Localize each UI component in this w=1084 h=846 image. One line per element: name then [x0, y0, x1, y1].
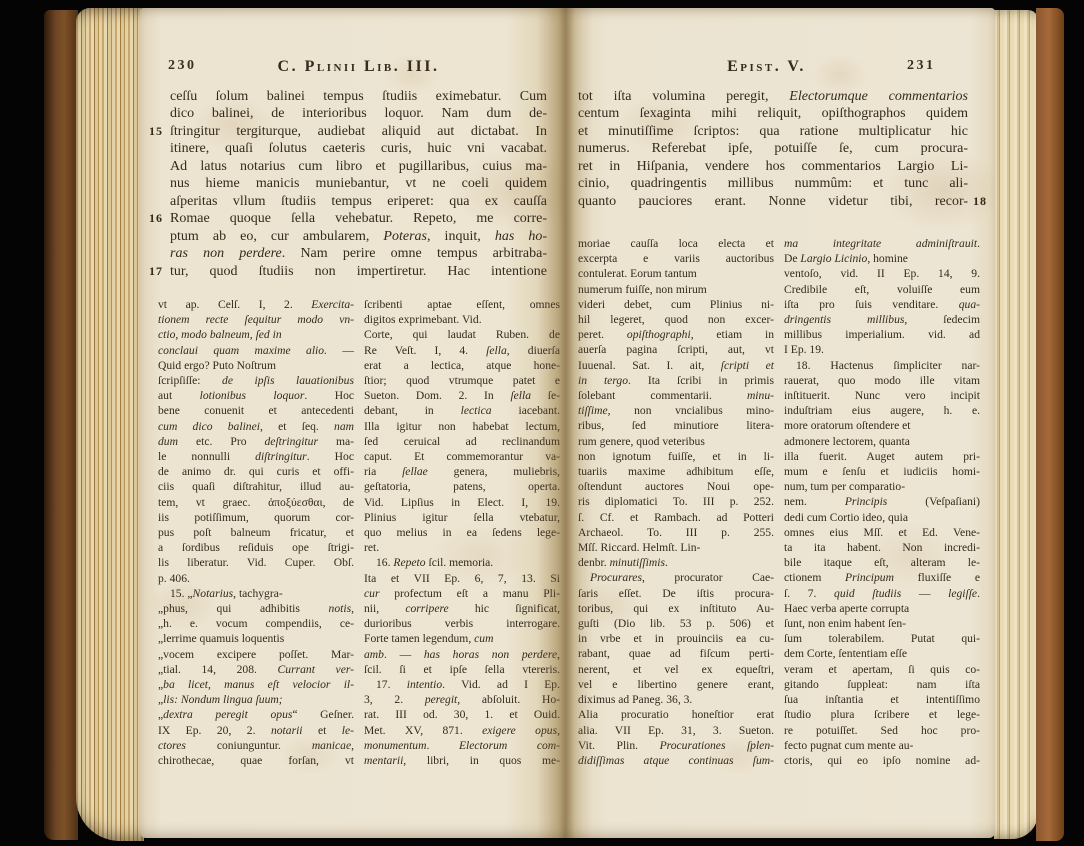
right-page-header: Epist. V. 231	[565, 58, 995, 80]
text-line: lis liberatur. Vid. Cuper. Obſ.	[158, 555, 354, 570]
line-text: geſtatoria, patens, operta.	[364, 480, 560, 493]
text-line: pus poſt balneum fricatur, et	[158, 525, 354, 540]
line-text: dico balinei, de interioribus loquor. Na…	[170, 106, 547, 121]
text-line: „h. e. vocum compendiis, ce-	[158, 616, 354, 631]
line-text: Illa igitur non habebat lectum,	[364, 420, 560, 433]
text-line: erat a lectica, atque hone-	[364, 358, 560, 373]
line-text: ciis quaſi diſtrahitur, illud au-	[158, 480, 354, 493]
text-line: ptum ab eo, cur ambularem, Poteras, inqu…	[170, 228, 547, 245]
left-page-header: 230 C. Plinii Lib. III.	[140, 58, 565, 80]
text-line: p. 406.	[158, 571, 354, 586]
text-line: millibus imperialium. vid. ad	[784, 327, 980, 342]
line-text: conclaui quam maxime alio. —	[158, 344, 354, 357]
text-line: dringentis millibus, ſedecim	[784, 312, 980, 327]
text-line: ſ. 7. quid ſtudiis — legiſſe.	[784, 586, 980, 601]
text-line: omnes eius Mſſ. et Ed. Vene-	[784, 525, 980, 540]
text-line: peret. opiſthographi, etiam in	[578, 327, 774, 342]
text-line: gitando ſuppleat: nam iſta	[784, 677, 980, 692]
text-line: 17tur, quod ſtudiis non impertiretur. Ha…	[170, 263, 547, 280]
line-text: ctores coniunguntur. manicae,	[158, 739, 354, 752]
text-line: Ita et VII Ep. 6, 7, 13. Si	[364, 571, 560, 586]
text-line: amb. — has horas non perdere,	[364, 647, 560, 662]
line-text: quanto pauciores erant. Nonne videtur ti…	[578, 194, 968, 209]
text-line: ret in Hiſpania, vendere hos commentario…	[578, 158, 968, 175]
text-line: ras non perdere. Nam perire omne tempus …	[170, 245, 547, 262]
text-line: hil legeret, quod non excer-	[578, 312, 774, 327]
line-text: illa fuerit. Auget autem pri-	[784, 450, 980, 463]
text-line: ſunt, non enim habent ſen-	[784, 616, 980, 631]
line-text: ctio, modo balneum, ſed in	[158, 328, 282, 341]
line-text: ctoris, qui eo ipſo nomine ad-	[784, 754, 980, 767]
footnotes: moriae cauſſa loca electa etexcerpta e v…	[578, 236, 982, 768]
line-text: ſtudio plura ſcribere et lege-	[784, 708, 980, 721]
text-line: geſtatoria, patens, operta.	[364, 479, 560, 494]
line-text: amb. — has horas non perdere,	[364, 648, 560, 661]
text-line: ſcripſiſſe: de ipſis lauationibus	[158, 373, 354, 388]
line-text: ret.	[364, 541, 379, 554]
text-line: bene conuenit et antecedenti	[158, 403, 354, 418]
right-page-edges	[994, 10, 1038, 839]
text-line: num, tum per comparatio-	[784, 479, 980, 494]
line-text: ris diplomatici To. III p. 252.	[578, 495, 774, 508]
text-line: Met. XV, 871. exigere opus,	[364, 723, 560, 738]
line-text: num, tum per comparatio-	[784, 480, 905, 493]
text-line: re potuiſſet. Sed hoc pro-	[784, 723, 980, 738]
footnote-column: ma integritate adminiſtrauit.De Largio L…	[784, 236, 980, 768]
text-line: ctores coniunguntur. manicae,	[158, 738, 354, 753]
text-line: „vocem excipere poſſet. Mar-	[158, 647, 354, 662]
line-text: mentarii, libri, in quos me-	[364, 754, 560, 767]
text-line: Vit. Plin. Procurationes ſplen-	[578, 738, 774, 753]
text-line: dico balinei, de interioribus loquor. Na…	[170, 105, 547, 122]
line-text: Corte, qui laudat Ruben. de	[364, 328, 560, 341]
line-text: Vit. Plin. Procurationes ſplen-	[578, 739, 774, 752]
text-line: oſtendunt auctores Noui ope-	[578, 479, 774, 494]
text-line: 15ſtringitur tergiturque, audiebat aliqu…	[170, 123, 547, 140]
line-text: numerus. Referebat ipſe, potuiſſe ſe, cu…	[578, 141, 968, 156]
line-text: monumentum. Electorum com-	[364, 739, 560, 752]
text-line: itinere, quaſi ſolutus caeteris curis, h…	[170, 140, 547, 157]
line-text: Ita et VII Ep. 6, 7, 13. Si	[364, 572, 560, 585]
line-text: Archaeol. To. III p. 255.	[578, 526, 774, 539]
text-line: ria ſellae genera, muliebris,	[364, 464, 560, 479]
text-line: ctionem Principum fluxiſſe e	[784, 570, 980, 585]
text-line: mum e ſenſu et iudiciis homi-	[784, 464, 980, 479]
text-line: dedi cum Cortio ideo, quia	[784, 510, 980, 525]
text-line: ſcil. ſi et ipſe ſella vtereris.	[364, 662, 560, 677]
line-text: „tial. 14, 208. Currant ver-	[158, 663, 354, 676]
line-text: De Largio Licinio, homine	[784, 252, 908, 265]
text-line: 17. intentio. Vid. ad I Ep.	[364, 677, 560, 692]
book-photo: 230 C. Plinii Lib. III. ceſſu ſolum bali…	[0, 0, 1084, 846]
line-text: admonere lectorem, quanta	[784, 435, 910, 448]
line-text: tiſſime, non vncialibus mino-	[578, 404, 774, 417]
line-text: ſua inſtantia et intentiſſimo	[784, 693, 980, 706]
text-line: cinio, quadringentis millibus nummûm: et…	[578, 175, 968, 192]
line-text: 3, 2. peregit, abſoluit. Ho-	[364, 693, 560, 706]
line-text: Forte tamen legendum, cum	[364, 632, 493, 645]
line-text: p. 406.	[158, 572, 190, 585]
line-text: ribus, ſed minutiore litera-	[578, 419, 774, 432]
text-line: conclaui quam maxime alio. —	[158, 343, 354, 358]
text-line: diximus ad Paneg. 36, 3.	[578, 692, 774, 707]
text-line: vel e libertino genere erant,	[578, 677, 774, 692]
text-line: vt ap. Celſ. I, 2. Exercita-	[158, 297, 354, 312]
line-text: et minutiſſime ſcriptos: qua ratione mul…	[578, 124, 968, 139]
line-text: Romae quoque ſella vehebatur. Repeto, me…	[170, 211, 547, 226]
line-text: 18. Hactenus ſimpliciter nar-	[784, 359, 980, 372]
text-line: centum ſexaginta mihi reliquit, opiſthog…	[578, 105, 968, 122]
text-line: ſaris eſſet. De iſtis procura-	[578, 586, 774, 601]
line-text: cur profectum eſt a manu Pli-	[364, 587, 560, 600]
line-text: ſaris eſſet. De iſtis procura-	[578, 587, 774, 600]
text-line: De Largio Licinio, homine	[784, 251, 980, 266]
footnote-column: ſcribenti aptae eſſent, omnesdigitos exp…	[364, 297, 560, 768]
text-line: didiſſimas atque continuas ſum-	[578, 753, 774, 768]
line-text: moriae cauſſa loca electa et	[578, 237, 774, 250]
line-text: chirothecae, quae forſan, vt	[158, 754, 354, 767]
line-text: peret. opiſthographi, etiam in	[578, 328, 774, 341]
text-line: cur profectum eſt a manu Pli-	[364, 586, 560, 601]
line-text: bene conuenit et antecedenti	[158, 404, 354, 417]
text-line: in vrbe et in prouinciis ea cu-	[578, 631, 774, 646]
line-text: nii, corripere hic ſignificat,	[364, 602, 560, 615]
text-line: cum dico balinei, et ſeq. nam	[158, 419, 354, 434]
line-text: guſti (Dio lib. 53 p. 506) et	[578, 617, 774, 630]
text-line: „phus, qui adhibitis notis,	[158, 601, 354, 616]
text-line: ſ. Cf. et Rambach. ad Potteri	[578, 510, 774, 525]
text-line: nus hieme manicis muniebantur, vt ne coe…	[170, 175, 547, 192]
line-text: rauerat, quo modo ille vitam	[784, 374, 980, 387]
line-text: Plinius igitur ſella vtebatur,	[364, 511, 560, 524]
line-text: tot iſta volumina peregit, Electorumque …	[578, 89, 968, 104]
text-line: ma integritate adminiſtrauit.	[784, 236, 980, 251]
text-line: ciis quaſi diſtrahitur, illud au-	[158, 479, 354, 494]
line-text: lis liberatur. Vid. Cuper. Obſ.	[158, 556, 354, 569]
footnote-column: vt ap. Celſ. I, 2. Exercita-tionem recte…	[158, 297, 354, 768]
text-line: excerpta e variis auctoribus	[578, 251, 774, 266]
line-text: veram et apertam, ſi quis co-	[784, 663, 980, 676]
line-text: debant, in lectica iacebant.	[364, 404, 560, 417]
text-line: rauerat, quo modo ille vitam	[784, 373, 980, 388]
text-line: IX Ep. 20, 2. notarii et le-	[158, 723, 354, 738]
line-text: denbr. minutiſſimis.	[578, 556, 668, 569]
line-text: hil legeret, quod non excer-	[578, 313, 774, 326]
line-text: tem, vt graec. ἀποξύεσθαι, de	[158, 496, 354, 509]
line-text: digitos exprimebant. Vid.	[364, 313, 482, 326]
text-line: mentarii, libri, in quos me-	[364, 753, 560, 768]
line-text: aſperitas vllum ſtudiis tempus eriperet:…	[170, 194, 547, 209]
line-text: ventoſo, vid. II Ep. 14, 9.	[784, 267, 980, 280]
line-text: IX Ep. 20, 2. notarii et le-	[158, 724, 354, 737]
text-line: Sueton. Dom. 2. In ſella ſe-	[364, 388, 560, 403]
line-text: cinio, quadringentis millibus nummûm: et…	[578, 176, 968, 191]
line-text: „phus, qui adhibitis notis,	[158, 602, 354, 615]
text-line: ventoſo, vid. II Ep. 14, 9.	[784, 266, 980, 281]
page-number: 231	[907, 58, 936, 74]
line-text: induſtriam eius augere, h. e.	[784, 404, 980, 417]
text-line: ſtudio plura ſcribere et lege-	[784, 707, 980, 722]
line-text: rat. III od. 30, 1. et Ouid.	[364, 708, 560, 721]
text-line: tem, vt graec. ἀποξύεσθαι, de	[158, 495, 354, 510]
text-line: rat. III od. 30, 1. et Ouid.	[364, 707, 560, 722]
line-text: ret in Hiſpania, vendere hos commentario…	[578, 159, 968, 174]
text-line: Corte, qui laudat Ruben. de	[364, 327, 560, 342]
text-line: tionem recte ſequitur modo vn-	[158, 312, 354, 327]
text-line: ctio, modo balneum, ſed in	[158, 327, 354, 342]
footnote-column: moriae cauſſa loca electa etexcerpta e v…	[578, 236, 774, 768]
body-text: ceſſu ſolum balinei tempus ſtudiis exime…	[170, 88, 547, 280]
text-line: „lis: Nondum lingua ſuum;	[158, 692, 354, 707]
line-text: Credibile eſt, voluiſſe eum	[784, 283, 980, 296]
line-text: non ignotum fuiſſe, et in li-	[578, 450, 774, 463]
text-line: tot iſta volumina peregit, Electorumque …	[578, 88, 968, 105]
text-line: Archaeol. To. III p. 255.	[578, 525, 774, 540]
text-line: aſperitas vllum ſtudiis tempus eriperet:…	[170, 193, 547, 210]
line-text: ſed ceruical ad reclinandum	[364, 435, 560, 448]
margin-section-number: 16	[149, 210, 163, 227]
line-text: numerum fuiſſe, non mirum	[578, 283, 707, 296]
line-text: „ba licet, manus eſt velocior il-	[158, 678, 354, 691]
text-line: moriae cauſſa loca electa et	[578, 236, 774, 251]
line-text: a ſordibus reſiduis ope ſtrigi-	[158, 541, 354, 554]
line-text: ria ſellae genera, muliebris,	[364, 465, 560, 478]
text-line: chirothecae, quae forſan, vt	[158, 753, 354, 768]
line-text: tur, quod ſtudiis non impertiretur. Hac …	[170, 264, 547, 279]
line-text: dem Corte, ſententiam eſſe	[784, 647, 907, 660]
text-line: toribus, qui ex inſtituto Au-	[578, 601, 774, 616]
line-text: ta ita habent. Non incredi-	[784, 541, 980, 554]
line-text: iſta pro ſuis venditare. qua-	[784, 298, 980, 311]
line-text: ſtringitur tergiturque, audiebat aliquid…	[170, 124, 547, 139]
line-text: Procurares, procurator Cae-	[578, 571, 774, 584]
text-line: 16. Repeto ſcil. memoria.	[364, 555, 560, 570]
text-line: non ignotum fuiſſe, et in li-	[578, 449, 774, 464]
line-text: Met. XV, 871. exigere opus,	[364, 724, 560, 737]
text-line: ſum tolerabilem. Putat qui-	[784, 631, 980, 646]
text-line: ſcribenti aptae eſſent, omnes	[364, 297, 560, 312]
text-line: ceſſu ſolum balinei tempus ſtudiis exime…	[170, 88, 547, 105]
text-line: ta ita habent. Non incredi-	[784, 540, 980, 555]
text-line: numerus. Referebat ipſe, potuiſſe ſe, cu…	[578, 140, 968, 157]
text-line: more oratorum oſtendere et	[784, 418, 980, 433]
line-text: inſtituerit. Nunc vero incipit	[784, 389, 980, 402]
body-text: tot iſta volumina peregit, Electorumque …	[578, 88, 968, 210]
line-text: bile itaque eſt, alteram le-	[784, 556, 980, 569]
line-text: in vrbe et in prouinciis ea cu-	[578, 632, 774, 645]
line-text: ceſſu ſolum balinei tempus ſtudiis exime…	[170, 89, 547, 104]
text-line: iis potiſſimum, quorum cor-	[158, 510, 354, 525]
text-line: Illa igitur non habebat lectum,	[364, 419, 560, 434]
text-line: nii, corripere hic ſignificat,	[364, 601, 560, 616]
text-line: quo melius in ea ſedens lege-	[364, 525, 560, 540]
text-line: nem. Principis (Veſpaſiani)	[784, 494, 980, 509]
text-line: inſtituerit. Nunc vero incipit	[784, 388, 980, 403]
line-text: ſtior; quod vtrumque patet e	[364, 374, 560, 387]
running-title: C. Plinii Lib. III.	[170, 58, 547, 76]
line-text: ſcribenti aptae eſſent, omnes	[364, 298, 560, 311]
text-line: 3, 2. peregit, abſoluit. Ho-	[364, 692, 560, 707]
text-line: denbr. minutiſſimis.	[578, 555, 774, 570]
line-text: cum dico balinei, et ſeq. nam	[158, 420, 354, 433]
text-line: le nonnulli diſtringitur. Hoc	[158, 449, 354, 464]
text-line: Iuuenal. Sat. I. ait, ſcripti et	[578, 358, 774, 373]
line-text: dringentis millibus, ſedecim	[784, 313, 980, 326]
text-line: tiſſime, non vncialibus mino-	[578, 403, 774, 418]
line-text: contulerat. Eorum tantum	[578, 267, 697, 280]
line-text: 17. intentio. Vid. ad I Ep.	[364, 678, 560, 691]
line-text: Sueton. Dom. 2. In ſella ſe-	[364, 389, 560, 402]
line-text: auerſa pagina ſcripti, aut, vt	[578, 343, 774, 356]
line-text: „h. e. vocum compendiis, ce-	[158, 617, 354, 630]
text-line: nerent, et vel ex equeſtri,	[578, 662, 774, 677]
text-line: ſed ceruical ad reclinandum	[364, 434, 560, 449]
text-line: iſta pro ſuis venditare. qua-	[784, 297, 980, 312]
line-text: I Ep. 19.	[784, 343, 824, 356]
text-line: durioribus verbis interrogare.	[364, 616, 560, 631]
text-line: bile itaque eſt, alteram le-	[784, 555, 980, 570]
line-text: vel e libertino genere erant,	[578, 678, 774, 691]
text-line: ſtior; quod vtrumque patet e	[364, 373, 560, 388]
text-line: ſolebant commentarii. minu-	[578, 388, 774, 403]
margin-section-number: 15	[149, 123, 163, 140]
line-text: „lerrime quamuis loquentis	[158, 632, 284, 645]
text-line: „lerrime quamuis loquentis	[158, 631, 354, 646]
line-text: omnes eius Mſſ. et Ed. Vene-	[784, 526, 980, 539]
line-text: Alia procuratio honeſtior erat	[578, 708, 774, 721]
line-text: toribus, qui ex inſtituto Au-	[578, 602, 774, 615]
line-text: Haec verba aperte corrupta	[784, 602, 909, 615]
line-text: quo melius in ea ſedens lege-	[364, 526, 560, 539]
text-line: „tial. 14, 208. Currant ver-	[158, 662, 354, 677]
text-line: guſti (Dio lib. 53 p. 506) et	[578, 616, 774, 631]
text-line: rabant, quae ad fiſcum perti-	[578, 646, 774, 661]
text-line: alia. VII Ep. 31, 3. Sueton.	[578, 723, 774, 738]
line-text: le nonnulli diſtringitur. Hoc	[158, 450, 354, 463]
line-text: diximus ad Paneg. 36, 3.	[578, 693, 692, 706]
text-line: Alia procuratio honeſtior erat	[578, 707, 774, 722]
line-text: ſ. 7. quid ſtudiis — legiſſe.	[784, 587, 980, 600]
text-line: Mſſ. Riccard. Helmſt. Lin-	[578, 540, 774, 555]
line-text: ras non perdere. Nam perire omne tempus …	[170, 246, 547, 261]
text-line: auerſa pagina ſcripti, aut, vt	[578, 342, 774, 357]
line-text: oſtendunt auctores Noui ope-	[578, 480, 774, 493]
text-line: monumentum. Electorum com-	[364, 738, 560, 753]
text-line: et minutiſſime ſcriptos: qua ratione mul…	[578, 123, 968, 140]
line-text: excerpta e variis auctoribus	[578, 252, 774, 265]
running-title: Epist. V.	[578, 58, 955, 76]
text-line: videri debet, cum Plinius ni-	[578, 297, 774, 312]
text-line: contulerat. Eorum tantum	[578, 266, 774, 281]
text-line: aut lotionibus loquor. Hoc	[158, 388, 354, 403]
text-line: debant, in lectica iacebant.	[364, 403, 560, 418]
line-text: nerent, et vel ex equeſtri,	[578, 663, 774, 676]
text-line: a ſordibus reſiduis ope ſtrigi-	[158, 540, 354, 555]
text-line: 18quanto pauciores erant. Nonne videtur …	[578, 193, 968, 210]
line-text: durioribus verbis interrogare.	[364, 617, 560, 630]
text-line: Ad latus notarius cum libro et pugillari…	[170, 158, 547, 175]
line-text: „dextra peregit opus“ Geſner.	[158, 708, 354, 721]
line-text: in tergo. Ita ſcribi in primis	[578, 374, 774, 387]
line-text: itinere, quaſi ſolutus caeteris curis, h…	[170, 141, 547, 156]
line-text: ſ. Cf. et Rambach. ad Potteri	[578, 511, 774, 524]
line-text: rabant, quae ad fiſcum perti-	[578, 647, 774, 660]
text-line: veram et apertam, ſi quis co-	[784, 662, 980, 677]
left-cover-edge	[44, 10, 78, 840]
text-line: in tergo. Ita ſcribi in primis	[578, 373, 774, 388]
line-text: mum e ſenſu et iudiciis homi-	[784, 465, 980, 478]
text-line: dum etc. Pro deſtringitur ma-	[158, 434, 354, 449]
line-text: ſunt, non enim habent ſen-	[784, 617, 906, 630]
text-line: ſua inſtantia et intentiſſimo	[784, 692, 980, 707]
right-page: Epist. V. 231 tot iſta volumina peregit,…	[565, 8, 995, 838]
left-page: 230 C. Plinii Lib. III. ceſſu ſolum bali…	[140, 8, 565, 838]
line-text: millibus imperialium. vid. ad	[784, 328, 980, 341]
line-text: aut lotionibus loquor. Hoc	[158, 389, 354, 402]
line-text: „lis: Nondum lingua ſuum;	[158, 693, 283, 706]
text-line: „dextra peregit opus“ Geſner.	[158, 707, 354, 722]
footnotes: vt ap. Celſ. I, 2. Exercita-tionem recte…	[158, 297, 560, 768]
margin-section-number: 17	[149, 263, 163, 280]
text-line: induſtriam eius augere, h. e.	[784, 403, 980, 418]
line-text: dedi cum Cortio ideo, quia	[784, 511, 908, 524]
text-line: tuariis maxime adhibitum eſſe,	[578, 464, 774, 479]
line-text: dum etc. Pro deſtringitur ma-	[158, 435, 354, 448]
text-line: Forte tamen legendum, cum	[364, 631, 560, 646]
text-line: Haec verba aperte corrupta	[784, 601, 980, 616]
text-line: numerum fuiſſe, non mirum	[578, 282, 774, 297]
text-line: Vid. Lipſius in Elect. I, 19.	[364, 495, 560, 510]
line-text: 16. Repeto ſcil. memoria.	[364, 556, 493, 569]
text-line: admonere lectorem, quanta	[784, 434, 980, 449]
margin-section-number: 18	[973, 193, 987, 210]
left-page-edges	[76, 8, 144, 841]
text-line: ribus, ſed minutiore litera-	[578, 418, 774, 433]
text-line: illa fuerit. Auget autem pri-	[784, 449, 980, 464]
line-text: rum genere, quod veteribus	[578, 435, 705, 448]
line-text: Ad latus notarius cum libro et pugillari…	[170, 159, 547, 174]
line-text: more oratorum oſtendere et	[784, 419, 911, 432]
text-line: „ba licet, manus eſt velocior il-	[158, 677, 354, 692]
line-text: nus hieme manicis muniebantur, vt ne coe…	[170, 176, 547, 191]
text-line: 18. Hactenus ſimpliciter nar-	[784, 358, 980, 373]
line-text: ctionem Principum fluxiſſe e	[784, 571, 980, 584]
line-text: de animo dr. qui curis et offi-	[158, 465, 354, 478]
line-text: vt ap. Celſ. I, 2. Exercita-	[158, 298, 354, 311]
line-text: Mſſ. Riccard. Helmſt. Lin-	[578, 541, 700, 554]
text-line: caput. Et commemorantur va-	[364, 449, 560, 464]
line-text: „vocem excipere poſſet. Mar-	[158, 648, 354, 661]
text-line: ctoris, qui eo ipſo nomine ad-	[784, 753, 980, 768]
line-text: ptum ab eo, cur ambularem, Poteras, inqu…	[170, 229, 547, 244]
line-text: Quid ergo? Puto Noſtrum	[158, 359, 276, 372]
text-line: rum genere, quod veteribus	[578, 434, 774, 449]
line-text: alia. VII Ep. 31, 3. Sueton.	[578, 724, 774, 737]
line-text: pus poſt balneum fricatur, et	[158, 526, 354, 539]
line-text: 15. „Notarius, tachygra-	[158, 587, 283, 600]
text-line: dem Corte, ſententiam eſſe	[784, 646, 980, 661]
text-line: 16Romae quoque ſella vehebatur. Repeto, …	[170, 210, 547, 227]
text-line: de animo dr. qui curis et offi-	[158, 464, 354, 479]
text-line: Quid ergo? Puto Noſtrum	[158, 358, 354, 373]
text-line: digitos exprimebant. Vid.	[364, 312, 560, 327]
line-text: erat a lectica, atque hone-	[364, 359, 560, 372]
text-line: fecto pugnat cum mente au-	[784, 738, 980, 753]
line-text: fecto pugnat cum mente au-	[784, 739, 913, 752]
line-text: ſolebant commentarii. minu-	[578, 389, 774, 402]
line-text: nem. Principis (Veſpaſiani)	[784, 495, 980, 508]
line-text: ſcil. ſi et ipſe ſella vtereris.	[364, 663, 560, 676]
